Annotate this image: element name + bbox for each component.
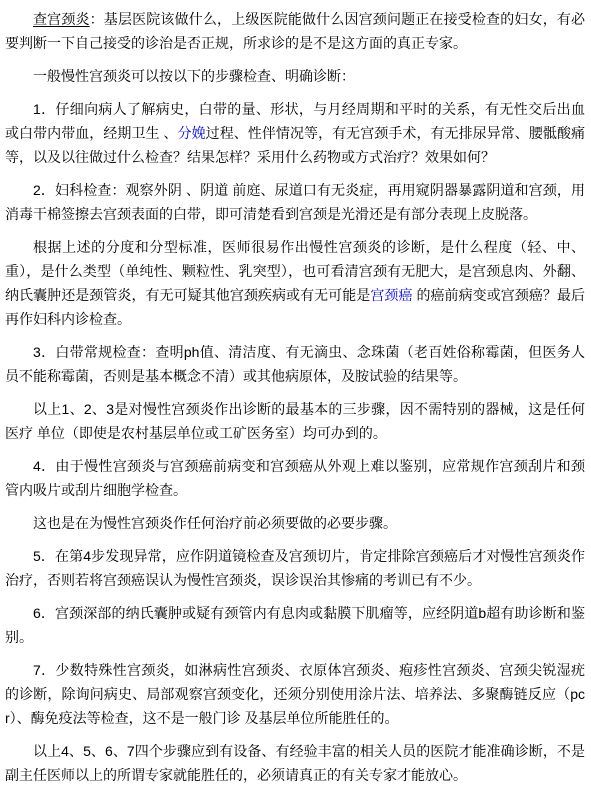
paragraph: 2．妇科检查：观察外阴 、阴道 前庭、尿道口有无炎症，再用窥阴器暴露阴道和宫颈，… (5, 178, 585, 226)
text-run: 4．由于慢性宫颈炎与宫颈癌前病变和宫颈癌从外观上难以鉴别，应常规作宫颈刮片和颈管… (5, 458, 585, 498)
childbirth-link[interactable]: 分娩 (178, 125, 206, 141)
cervical-cancer-link[interactable]: 宫颈癌 (370, 287, 412, 303)
text-run: ：基层医院该做什么，上级医院能做什么因宫颈问题正在接受检查的妇女，有必要判断一下… (5, 11, 585, 51)
text-run: 3．白带常规检查：查明ph值、清洁度、有无滴虫、念珠菌（老百姓俗称霉菌，但医务人… (5, 344, 585, 384)
paragraph: 4．由于慢性宫颈炎与宫颈癌前病变和宫颈癌从外观上难以鉴别，应常规作宫颈刮片和颈管… (5, 454, 585, 502)
paragraph: 根据上述的分度和分型标准，医师很易作出慢性宫颈炎的诊断，是什么程度（轻、中、重）… (5, 235, 585, 331)
text-run: 5．在第4步发现异常，应作阴道镜检查及宫颈切片，肯定排除宫颈癌后才对慢性宫颈炎作… (5, 548, 585, 588)
paragraph: 5．在第4步发现异常，应作阴道镜检查及宫颈切片，肯定排除宫颈癌后才对慢性宫颈炎作… (5, 544, 585, 592)
topic-term: 查宫颈炎 (33, 11, 90, 27)
paragraph: 查宫颈炎：基层医院该做什么，上级医院能做什么因宫颈问题正在接受检查的妇女，有必要… (5, 7, 585, 55)
paragraph: 3．白带常规检查：查明ph值、清洁度、有无滴虫、念珠菌（老百姓俗称霉菌，但医务人… (5, 340, 585, 388)
document-page: 查宫颈炎：基层医院该做什么，上级医院能做什么因宫颈问题正在接受检查的妇女，有必要… (0, 0, 591, 795)
text-run: 以上1、2、3是对慢性宫颈炎作出诊断的最基本的三步骤，因不需特别的器械，这是任何… (5, 401, 585, 441)
article-body: 查宫颈炎：基层医院该做什么，上级医院能做什么因宫颈问题正在接受检查的妇女，有必要… (5, 7, 585, 787)
paragraph: 这也是在为慢性宫颈炎作任何治疗前必须要做的必要步骤。 (5, 511, 585, 535)
text-run: 6．宫颈深部的纳氏囊肿或疑有颈管内有息肉或黏膜下肌瘤等，应经阴道b超有助诊断和鉴… (5, 605, 585, 645)
paragraph: 以上4、5、6、7四个步骤应到有设备、有经验丰富的相关人员的医院才能准确诊断，不… (5, 739, 585, 787)
paragraph: 一般慢性宫颈炎可以按以下的步骤检查、明确诊断： (5, 64, 585, 88)
text-run: 2．妇科检查：观察外阴 、阴道 前庭、尿道口有无炎症，再用窥阴器暴露阴道和宫颈，… (5, 182, 585, 222)
paragraph: 6．宫颈深部的纳氏囊肿或疑有颈管内有息肉或黏膜下肌瘤等，应经阴道b超有助诊断和鉴… (5, 601, 585, 649)
text-run: 这也是在为慢性宫颈炎作任何治疗前必须要做的必要步骤。 (33, 515, 397, 531)
text-run: 7．少数特殊性宫颈炎，如淋病性宫颈炎、衣原体宫颈炎、疱疹性宫颈炎、宫颈尖锐湿疣的… (5, 662, 585, 726)
text-run: 以上4、5、6、7四个步骤应到有设备、有经验丰富的相关人员的医院才能准确诊断，不… (5, 743, 585, 783)
paragraph: 7．少数特殊性宫颈炎，如淋病性宫颈炎、衣原体宫颈炎、疱疹性宫颈炎、宫颈尖锐湿疣的… (5, 658, 585, 730)
paragraph: 1．仔细向病人了解病史，白带的量、形状，与月经周期和平时的关系，有无性交后出血或… (5, 97, 585, 169)
text-run: 一般慢性宫颈炎可以按以下的步骤检查、明确诊断： (33, 68, 355, 84)
paragraph: 以上1、2、3是对慢性宫颈炎作出诊断的最基本的三步骤，因不需特别的器械，这是任何… (5, 397, 585, 445)
